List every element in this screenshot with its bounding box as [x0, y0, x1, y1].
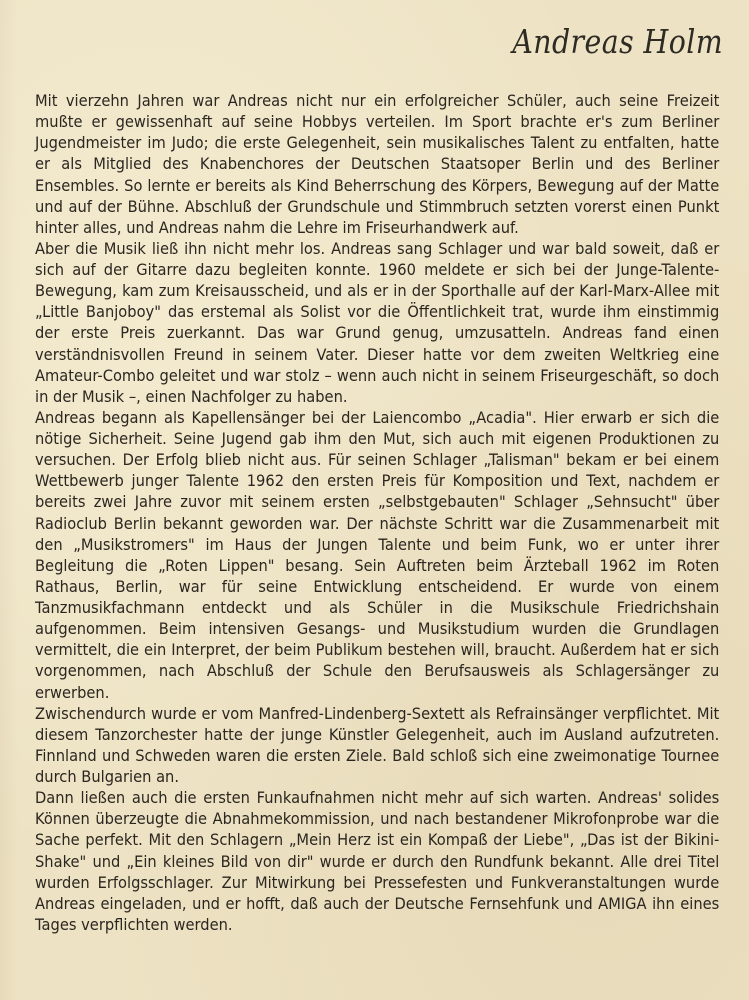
page-title: Andreas Holm: [512, 22, 723, 61]
document-page: Andreas Holm Mit vierzehn Jahren war And…: [0, 0, 749, 1000]
paragraph-career-start: Andreas begann als Kapellensänger bei de…: [35, 408, 719, 704]
biography-text: Mit vierzehn Jahren war Andreas nicht nu…: [35, 91, 719, 936]
paragraph-music-beginnings: Aber die Musik ließ ihn nicht mehr los. …: [35, 239, 719, 408]
paragraph-radio: Dann ließen auch die ersten Funkaufnahme…: [35, 788, 719, 936]
paragraph-sextett: Zwischendurch wurde er vom Manfred-Linde…: [35, 704, 719, 789]
paragraph-childhood: Mit vierzehn Jahren war Andreas nicht nu…: [35, 91, 719, 239]
